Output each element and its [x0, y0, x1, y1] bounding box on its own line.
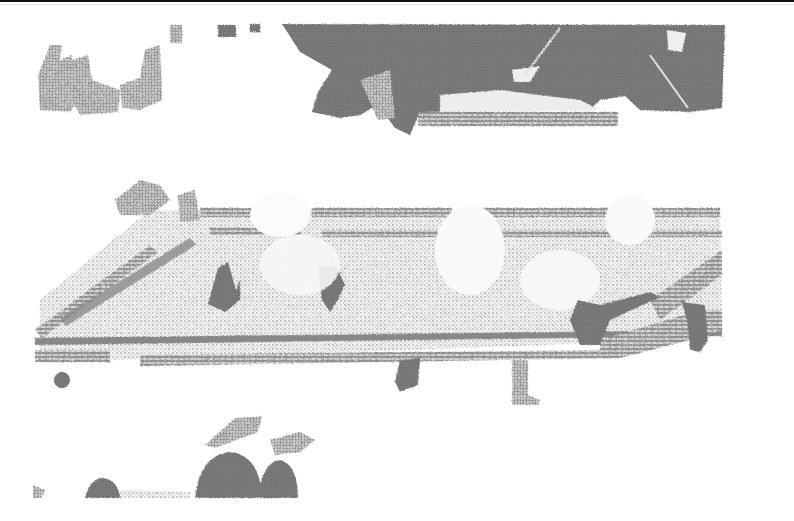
scanned-painting — [0, 0, 794, 521]
top-left-figures — [38, 24, 260, 115]
bottom-figures — [33, 416, 315, 498]
dark-foliage-mass — [282, 24, 725, 135]
